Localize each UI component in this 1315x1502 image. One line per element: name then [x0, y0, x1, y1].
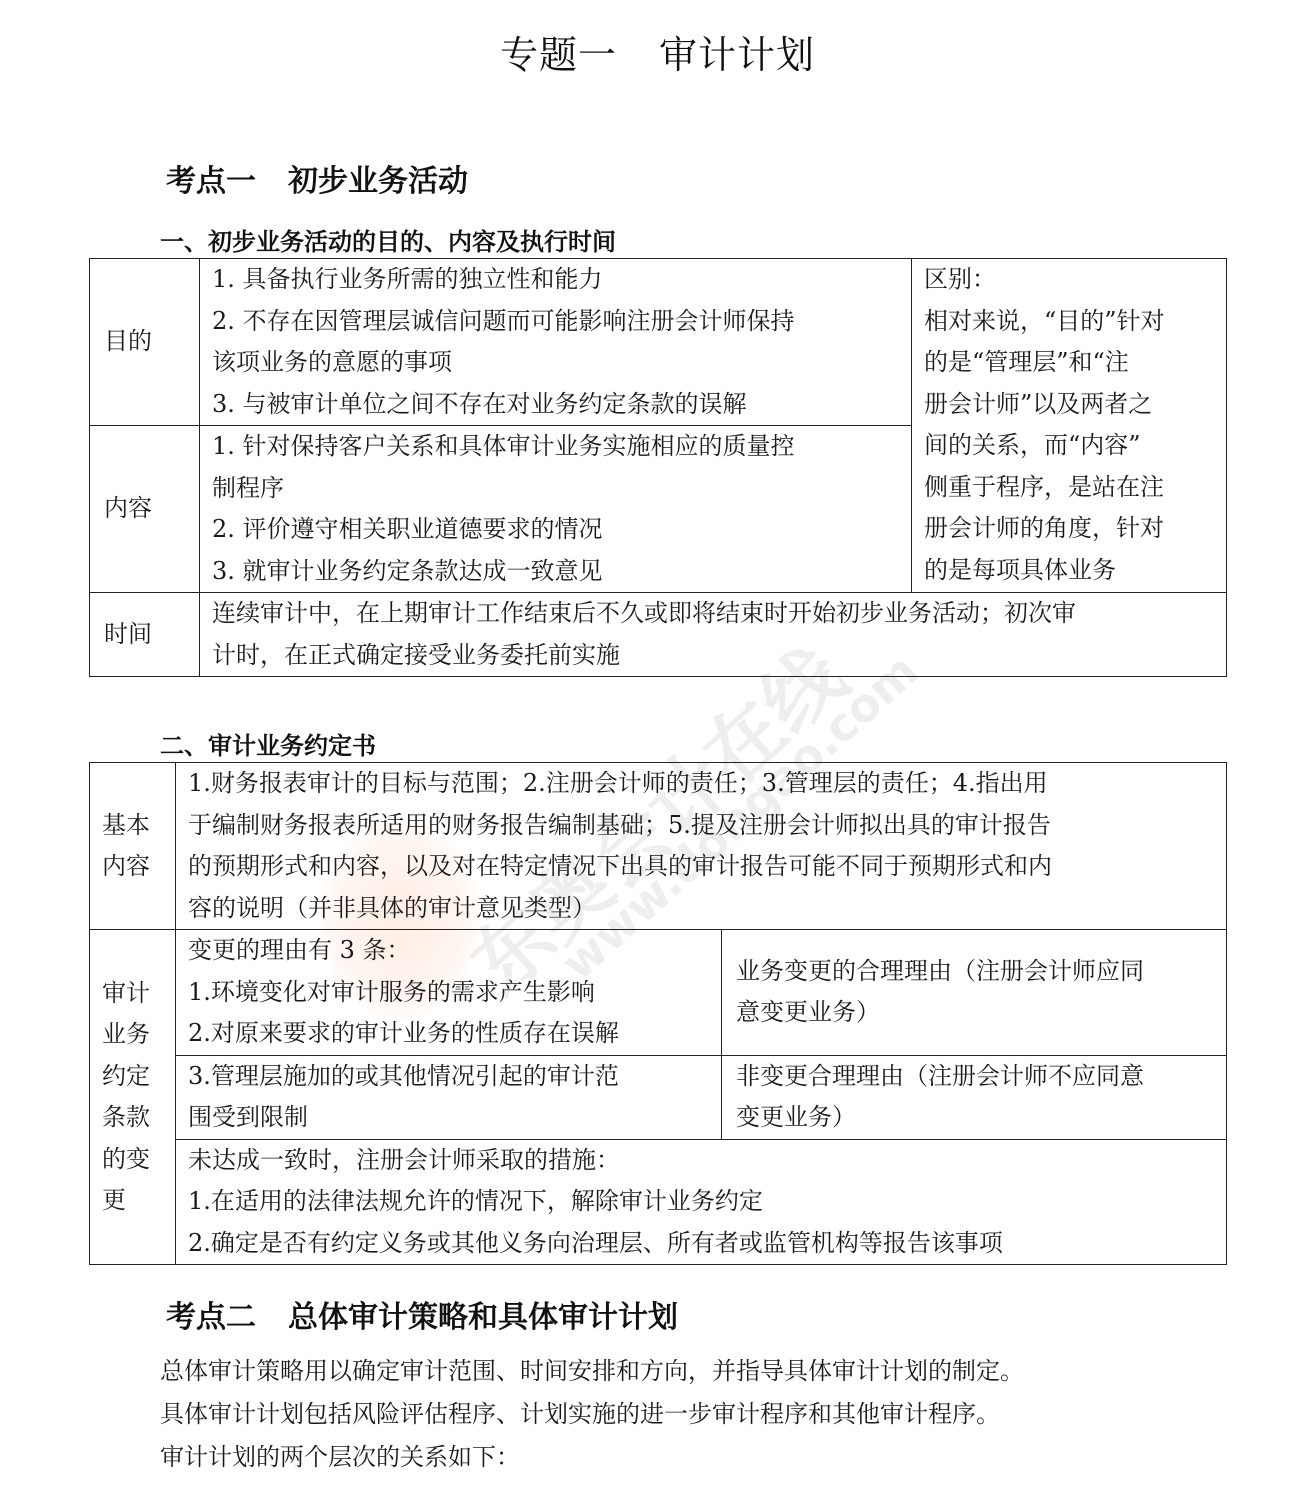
text-line: 计时，在正式确定接受业务委托前实施	[212, 635, 1214, 677]
basic-content-cell: 1.财务报表审计的目标与范围；2.注册会计师的责任；3.管理层的责任；4.指出用…	[176, 763, 1227, 930]
list-item: 制程序	[212, 468, 899, 510]
text-line: 容的说明（并非具体的审计意见类型）	[188, 888, 1214, 930]
table-row: 目的 1. 具备执行业务所需的独立性和能力 2. 不存在因管理层诚信问题而可能影…	[90, 259, 1227, 426]
note-line: 侧重于程序，是站在注	[924, 467, 1214, 509]
text-line: 变更业务）	[736, 1097, 1212, 1139]
note-line: 区别：	[924, 259, 1214, 301]
text-line: 变更的理由有 3 条：	[188, 930, 709, 972]
subheading-purpose-content-time: 一、初步业务活动的目的、内容及执行时间	[160, 222, 616, 257]
note-line: 相对来说，“目的”针对	[924, 301, 1214, 343]
engagement-letter-table: 基本 内容 1.财务报表审计的目标与范围；2.注册会计师的责任；3.管理层的责任…	[89, 762, 1227, 1265]
purpose-cell: 1. 具备执行业务所需的独立性和能力 2. 不存在因管理层诚信问题而可能影响注册…	[200, 259, 912, 426]
text-line: 非变更合理理由（注册会计师不应同意	[736, 1056, 1212, 1098]
list-item: 围受到限制	[188, 1097, 709, 1139]
page-title-topic: 专题一	[500, 33, 617, 77]
list-item: 3. 与被审计单位之间不存在对业务约定条款的误解	[212, 384, 899, 426]
text-line: 于编制财务报表所适用的财务报告编制基础；5.提及注册会计师拟出具的审计报告	[188, 805, 1214, 847]
paragraph: 具体审计计划包括风险评估程序、计划实施的进一步审计程序和其他审计程序。	[160, 1393, 1024, 1436]
section-title: 总体审计策略和具体审计计划	[288, 1300, 678, 1335]
unreasonable-change-cell: 非变更合理理由（注册会计师不应同意 变更业务）	[722, 1055, 1227, 1139]
text-line: 的预期形式和内容，以及对在特定情况下出具的审计报告可能不同于预期形式和内	[188, 846, 1214, 888]
row-label-change-of-terms: 审计 业务 约定 条款 的变 更	[90, 930, 176, 1265]
list-item: 1.环境变化对审计服务的需求产生影响	[188, 972, 709, 1014]
row-label-purpose: 目的	[90, 259, 200, 426]
preliminary-activities-table: 目的 1. 具备执行业务所需的独立性和能力 2. 不存在因管理层诚信问题而可能影…	[89, 258, 1227, 677]
table-row: 时间 连续审计中，在上期审计工作结束后不久或即将结束时开始初步业务活动；初次审 …	[90, 593, 1227, 677]
note-line: 的是“管理层”和“注	[924, 342, 1214, 384]
list-item: 2. 评价遵守相关职业道德要求的情况	[212, 509, 899, 551]
list-item: 1. 具备执行业务所需的独立性和能力	[212, 259, 899, 301]
table-row: 未达成一致时，注册会计师采取的措施： 1.在适用的法律法规允许的情况下，解除审计…	[90, 1139, 1227, 1265]
note-line: 册会计师的角度，针对	[924, 508, 1214, 550]
table-row: 3.管理层施加的或其他情况引起的审计范 围受到限制 非变更合理理由（注册会计师不…	[90, 1055, 1227, 1139]
section-number: 考点一	[166, 164, 256, 199]
content-cell: 1. 针对保持客户关系和具体审计业务实施相应的质量控 制程序 2. 评价遵守相关…	[200, 426, 912, 593]
list-item: 2. 不存在因管理层诚信问题而可能影响注册会计师保持	[212, 301, 899, 343]
text-line: 未达成一致时，注册会计师采取的措施：	[188, 1140, 1214, 1182]
list-item: 1.在适用的法律法规允许的情况下，解除审计业务约定	[188, 1181, 1214, 1223]
note-line: 册会计师”以及两者之	[924, 384, 1214, 426]
section-number: 考点二	[166, 1300, 256, 1335]
table-row: 审计 业务 约定 条款 的变 更 变更的理由有 3 条： 1.环境变化对审计服务…	[90, 930, 1227, 1056]
section-title: 初步业务活动	[288, 164, 468, 199]
list-item: 2.确定是否有约定义务或其他义务向治理层、所有者或监管机构等报告该事项	[188, 1223, 1214, 1265]
disagreement-measures-cell: 未达成一致时，注册会计师采取的措施： 1.在适用的法律法规允许的情况下，解除审计…	[176, 1139, 1227, 1265]
note-line: 的是每项具体业务	[924, 550, 1214, 592]
note-line: 间的关系，而“内容”	[924, 425, 1214, 467]
text-line: 连续审计中，在上期审计工作结束后不久或即将结束时开始初步业务活动；初次审	[212, 593, 1214, 635]
page-title: 专题一审计计划	[0, 24, 1315, 79]
list-item: 3.管理层施加的或其他情况引起的审计范	[188, 1056, 709, 1098]
scope-limitation-cell: 3.管理层施加的或其他情况引起的审计范 围受到限制	[176, 1055, 722, 1139]
row-label-content: 内容	[90, 426, 200, 593]
page-title-subject: 审计计划	[659, 33, 815, 77]
change-reasons-cell: 变更的理由有 3 条： 1.环境变化对审计服务的需求产生影响 2.对原来要求的审…	[176, 930, 722, 1056]
list-item: 该项业务的意愿的事项	[212, 342, 899, 384]
text-line: 业务变更的合理理由（注册会计师应同	[736, 951, 1212, 993]
row-label-basic-content: 基本 内容	[90, 763, 176, 930]
paragraph: 总体审计策略用以确定审计范围、时间安排和方向，并指导具体审计计划的制定。	[160, 1350, 1024, 1393]
paragraph: 审计计划的两个层次的关系如下：	[160, 1436, 1024, 1479]
table-row: 基本 内容 1.财务报表审计的目标与范围；2.注册会计师的责任；3.管理层的责任…	[90, 763, 1227, 930]
overall-strategy-paragraphs: 总体审计策略用以确定审计范围、时间安排和方向，并指导具体审计计划的制定。 具体审…	[160, 1350, 1024, 1479]
difference-note-cell: 区别： 相对来说，“目的”针对 的是“管理层”和“注 册会计师”以及两者之 间的…	[912, 259, 1227, 593]
list-item: 1. 针对保持客户关系和具体审计业务实施相应的质量控	[212, 426, 899, 468]
subheading-engagement-letter: 二、审计业务约定书	[160, 726, 376, 761]
section-heading-point-2: 考点二总体审计策略和具体审计计划	[166, 1292, 678, 1336]
row-label-time: 时间	[90, 593, 200, 677]
list-item: 3. 就审计业务约定条款达成一致意见	[212, 551, 899, 593]
time-cell: 连续审计中，在上期审计工作结束后不久或即将结束时开始初步业务活动；初次审 计时，…	[200, 593, 1227, 677]
text-line: 意变更业务）	[736, 992, 1212, 1034]
text-line: 1.财务报表审计的目标与范围；2.注册会计师的责任；3.管理层的责任；4.指出用	[188, 763, 1214, 805]
section-heading-point-1: 考点一初步业务活动	[166, 156, 468, 200]
list-item: 2.对原来要求的审计业务的性质存在误解	[188, 1013, 709, 1055]
reasonable-change-cell: 业务变更的合理理由（注册会计师应同 意变更业务）	[722, 930, 1227, 1056]
